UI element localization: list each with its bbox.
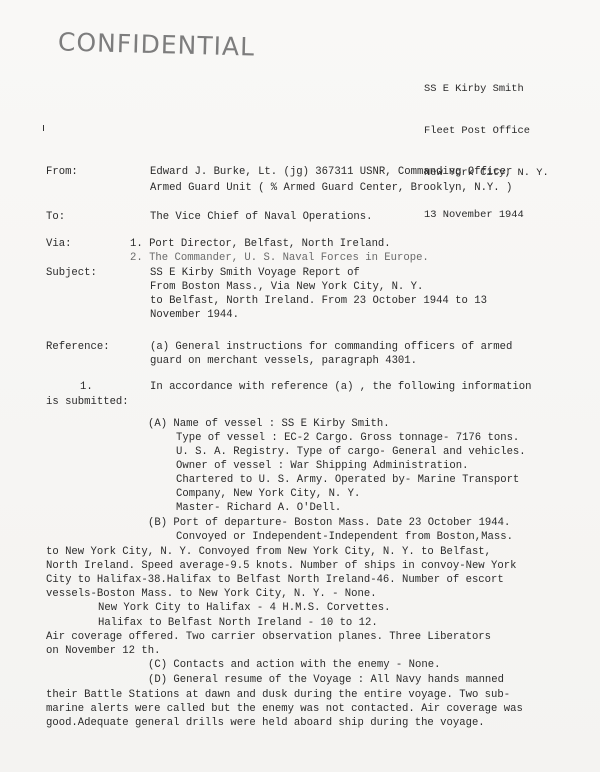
- section-b-line-9: Air coverage offered. Two carrier observ…: [46, 631, 491, 644]
- to-value: The Vice Chief of Naval Operations.: [150, 211, 373, 224]
- section-a-line-5: Chartered to U. S. Army. Operated by- Ma…: [176, 474, 519, 487]
- section-b-line-1: (B) Port of departure- Boston Mass. Date…: [148, 517, 510, 530]
- margin-mark: [43, 125, 44, 131]
- section-b-line-2: Convoyed or Independent-Independent from…: [176, 531, 513, 544]
- sender-address-block: SS E Kirby Smith Fleet Post Office New Y…: [424, 54, 549, 250]
- section-a-line-4: Owner of vessel : War Shipping Administr…: [176, 460, 468, 473]
- intro-line-2: is submitted:: [46, 396, 129, 409]
- section-d-line-3: marine alerts were called but the enemy …: [46, 703, 523, 716]
- section-b-line-7: New York City to Halifax - 4 H.M.S. Corv…: [98, 602, 390, 615]
- section-d-line-4: good.Adequate general drills were held a…: [46, 717, 485, 730]
- section-b-line-4: North Ireland. Speed average-9.5 knots. …: [46, 560, 516, 573]
- address-post-office: Fleet Post Office: [424, 124, 549, 138]
- section-a-line-7: Master- Richard A. O'Dell.: [176, 502, 341, 515]
- section-b-line-10: on November 12 th.: [46, 645, 160, 658]
- section-c-line: (C) Contacts and action with the enemy -…: [148, 659, 440, 672]
- document-page: CONFIDENTIAL SS E Kirby Smith Fleet Post…: [0, 0, 600, 772]
- intro-line-1: In accordance with reference (a) , the f…: [150, 381, 531, 394]
- confidential-stamp: CONFIDENTIAL: [58, 27, 256, 61]
- subject-line-1: SS E Kirby Smith Voyage Report of: [150, 267, 360, 280]
- subject-line-3: to Belfast, North Ireland. From 23 Octob…: [150, 295, 487, 308]
- subject-line-4: November 1944.: [150, 309, 239, 322]
- section-b-line-5: City to Halifax-38.Halifax to Belfast No…: [46, 574, 504, 587]
- from-label: From:: [46, 166, 78, 179]
- subject-label: Subject:: [46, 267, 97, 280]
- reference-line-1: (a) General instructions for commanding …: [150, 341, 512, 354]
- section-a-line-3: U. S. A. Registry. Type of cargo- Genera…: [176, 446, 526, 459]
- section-d-line-1: (D) General resume of the Voyage : All N…: [148, 674, 504, 687]
- section-d-line-2: their Battle Stations at dawn and dusk d…: [46, 689, 510, 702]
- letter-date: 13 November 1944: [424, 208, 549, 222]
- section-a-line-6: Company, New York City, N. Y.: [176, 488, 360, 501]
- from-line-2: Armed Guard Unit ( % Armed Guard Center,…: [150, 182, 512, 195]
- paragraph-number: 1.: [80, 381, 93, 394]
- via-label: Via:: [46, 238, 71, 251]
- subject-line-2: From Boston Mass., Via New York City, N.…: [150, 281, 423, 294]
- reference-line-2: guard on merchant vessels, paragraph 430…: [150, 355, 417, 368]
- to-label: To:: [46, 211, 65, 224]
- via-item-1: 1. Port Director, Belfast, North Ireland…: [130, 238, 391, 251]
- via-item-2: 2. The Commander, U. S. Naval Forces in …: [130, 252, 429, 265]
- section-a-line-1: (A) Name of vessel : SS E Kirby Smith.: [148, 418, 390, 431]
- from-line-1: Edward J. Burke, Lt. (jg) 367311 USNR, C…: [150, 166, 512, 179]
- address-ship: SS E Kirby Smith: [424, 82, 549, 96]
- section-b-line-6: vessels-Boston Mass. to New York City, N…: [46, 588, 377, 601]
- reference-label: Reference:: [46, 341, 110, 354]
- section-b-line-8: Halifax to Belfast North Ireland - 10 to…: [98, 617, 378, 630]
- section-b-line-3: to New York City, N. Y. Convoyed from Ne…: [46, 546, 491, 559]
- section-a-line-2: Type of vessel : EC-2 Cargo. Gross tonna…: [176, 432, 519, 445]
